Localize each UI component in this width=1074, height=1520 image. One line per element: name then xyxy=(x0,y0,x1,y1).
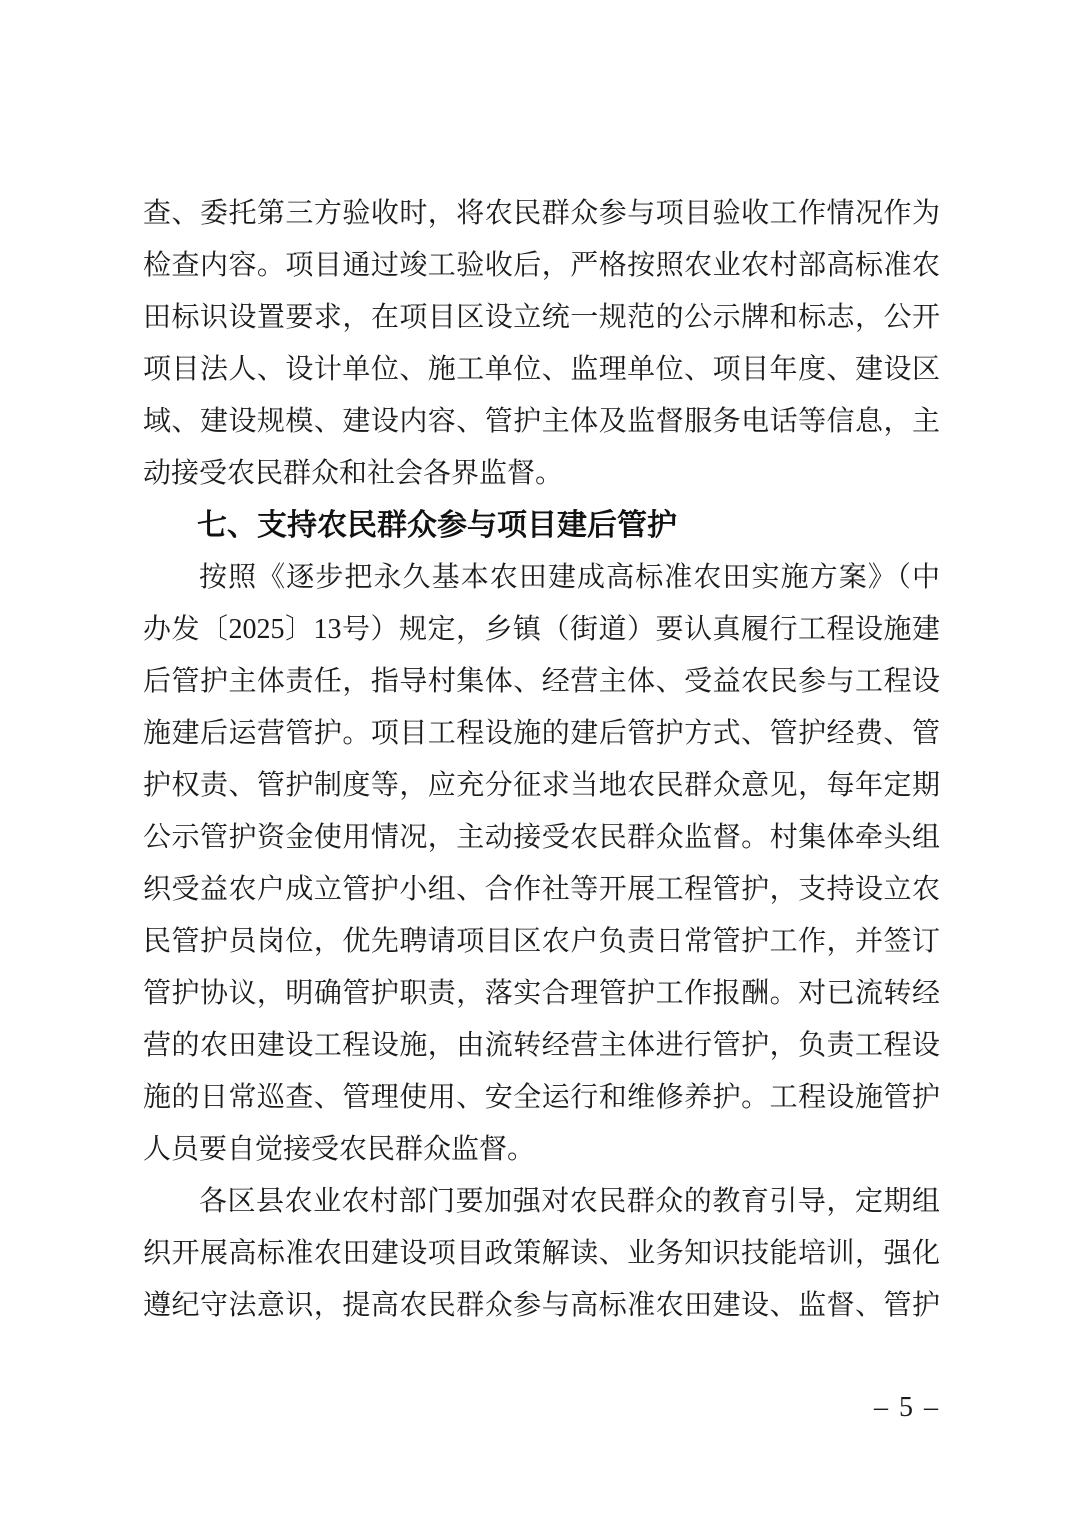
text-line: 管护协议，明确管护职责，落实合理管护工作报酬。对已流转经 xyxy=(143,968,940,1020)
text-line: 按照《逐步把永久基本农田建成高标准农田实施方案》（中 xyxy=(143,552,940,604)
text-line: 护权责、管护制度等，应充分征求当地农民群众意见，每年定期 xyxy=(143,760,940,812)
text-line: 田标识设置要求，在项目区设立统一规范的公示牌和标志，公开 xyxy=(143,292,940,344)
page-number: – 5 – xyxy=(874,1388,940,1428)
text-line: 施的日常巡查、管理使用、安全运行和维修养护。工程设施管护 xyxy=(143,1072,940,1124)
document-body: 查、委托第三方验收时，将农民群众参与项目验收工作情况作为 检查内容。项目通过竣工… xyxy=(143,188,940,1332)
text-line: 营的农田建设工程设施，由流转经营主体进行管护，负责工程设 xyxy=(143,1020,940,1072)
text-line: 遵纪守法意识，提高农民群众参与高标准农田建设、监督、管护 xyxy=(143,1280,940,1332)
text-line: 公示管护资金使用情况，主动接受农民群众监督。村集体牵头组 xyxy=(143,812,940,864)
document-page: 查、委托第三方验收时，将农民群众参与项目验收工作情况作为 检查内容。项目通过竣工… xyxy=(0,0,1074,1520)
text-line: 域、建设规模、建设内容、管护主体及监督服务电话等信息，主 xyxy=(143,396,940,448)
text-line: 民管护员岗位，优先聘请项目区农户负责日常管护工作，并签订 xyxy=(143,916,940,968)
text-line: 检查内容。项目通过竣工验收后，严格按照农业农村部高标准农 xyxy=(143,240,940,292)
text-line: 办发〔2025〕13号）规定，乡镇（街道）要认真履行工程设施建 xyxy=(143,604,940,656)
text-line: 人员要自觉接受农民群众监督。 xyxy=(143,1124,940,1176)
section-heading: 七、支持农民群众参与项目建后管护 xyxy=(143,500,940,552)
text-line: 后管护主体责任，指导村集体、经营主体、受益农民参与工程设 xyxy=(143,656,940,708)
text-line: 项目法人、设计单位、施工单位、监理单位、项目年度、建设区 xyxy=(143,344,940,396)
text-line: 动接受农民群众和社会各界监督。 xyxy=(143,448,940,500)
text-line: 施建后运营管护。项目工程设施的建后管护方式、管护经费、管 xyxy=(143,708,940,760)
text-line: 织开展高标准农田建设项目政策解读、业务知识技能培训，强化 xyxy=(143,1228,940,1280)
text-line: 各区县农业农村部门要加强对农民群众的教育引导，定期组 xyxy=(143,1176,940,1228)
text-line: 织受益农户成立管护小组、合作社等开展工程管护，支持设立农 xyxy=(143,864,940,916)
text-line: 查、委托第三方验收时，将农民群众参与项目验收工作情况作为 xyxy=(143,188,940,240)
